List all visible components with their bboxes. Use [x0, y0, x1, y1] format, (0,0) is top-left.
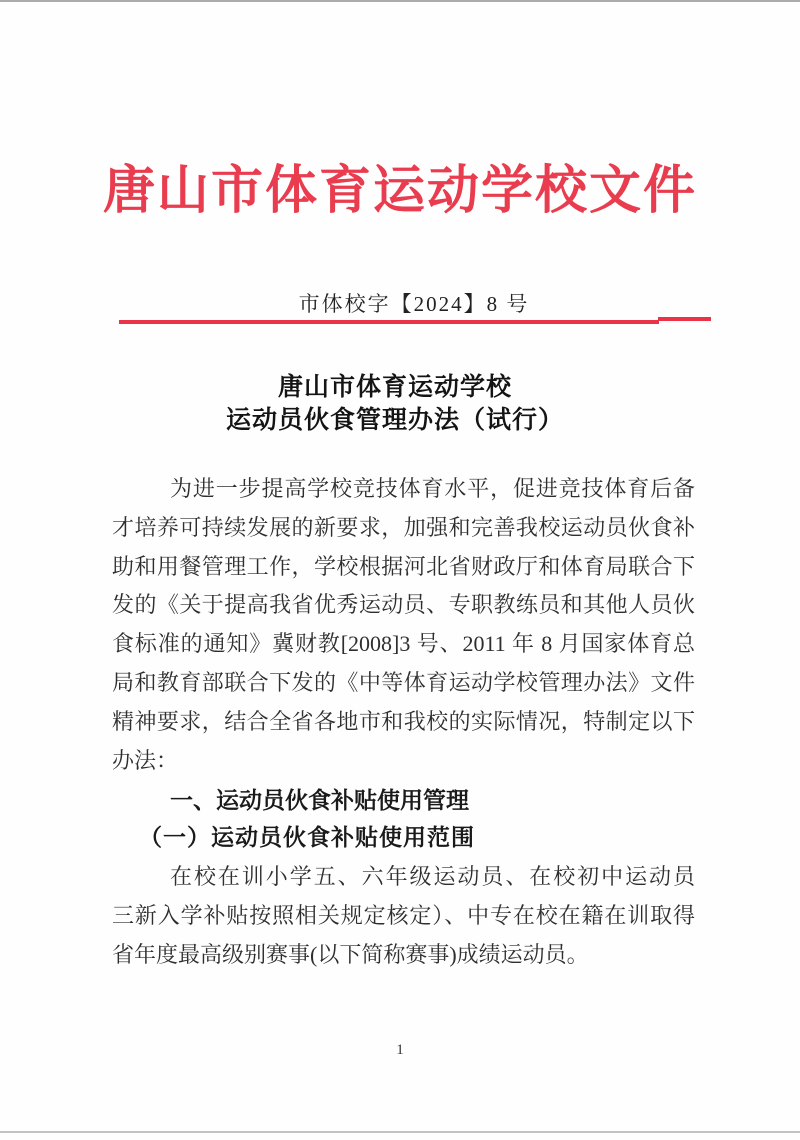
document-title-line2: 运动员伙食管理办法（试行） — [0, 404, 790, 437]
document-title-line1: 唐山市体育运动学校 — [0, 371, 790, 404]
red-divider-rule — [119, 320, 659, 324]
section-heading: 一、运动员伙食补贴使用管理 — [112, 781, 695, 820]
red-divider-rule-segment — [658, 317, 711, 321]
body-line: 助和用餐管理工作，学校根据河北省财政厅和体育局联合下 — [112, 548, 695, 587]
scanned-document-page: 唐山市体育运动学校文件 市体校字【2024】8 号 唐山市体育运动学校 运动员伙… — [0, 0, 800, 1140]
body-line: 食标准的通知》冀财教[2008]3 号、2011 年 8 月国家体育总 — [112, 625, 695, 664]
red-letterhead-title: 唐山市体育运动学校文件 — [0, 148, 800, 223]
body-line: 省年度最高级别赛事(以下简称赛事)成绩运动员。 — [112, 936, 695, 975]
body-line: 办法： — [112, 742, 695, 781]
body-line: 为进一步提高学校竞技体育水平，促进竞技体育后备人 — [112, 470, 695, 509]
document-number: 市体校字【2024】8 号 — [14, 288, 800, 318]
body-line: 在校在训小学五、六年级运动员、在校初中运动员（初 — [112, 858, 695, 897]
page-number: 1 — [0, 1042, 800, 1059]
body-line: 局和教育部联合下发的《中等体育运动学校管理办法》文件 — [112, 664, 695, 703]
body-line: 精神要求，结合全省各地市和我校的实际情况，特制定以下 — [112, 703, 695, 742]
document-title: 唐山市体育运动学校 运动员伙食管理办法（试行） — [0, 371, 790, 437]
scan-edge-top — [0, 0, 800, 2]
document-body: 为进一步提高学校竞技体育水平，促进竞技体育后备人 才培养可持续发展的新要求，加强… — [112, 470, 695, 975]
subsection-heading: （一）运动员伙食补贴使用范围 — [112, 819, 695, 858]
body-line: 三新入学补贴按照相关规定核定）、中专在校在籍在训取得 — [112, 897, 695, 936]
scan-edge-bottom — [0, 1131, 800, 1133]
body-line: 发的《关于提高我省优秀运动员、专职教练员和其他人员伙 — [112, 586, 695, 625]
body-line: 才培养可持续发展的新要求，加强和完善我校运动员伙食补 — [112, 509, 695, 548]
